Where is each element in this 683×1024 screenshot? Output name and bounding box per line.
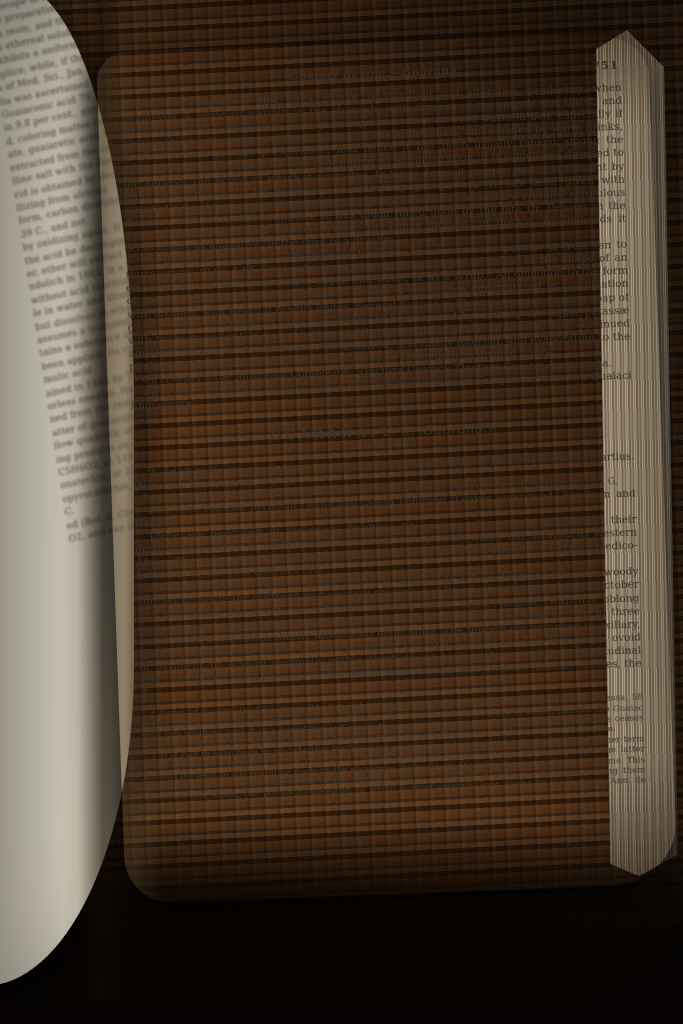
species-lead: P. Sorbilis.	[150, 581, 207, 595]
page-number: 751	[592, 58, 619, 73]
dose-body: The medicine is given in substance or ti…	[126, 239, 631, 373]
gen-ch-lead: Gen. Ch.	[147, 503, 196, 517]
recto-page: PART I. Guaiaci Resina.—Guarana. 751 Med…	[96, 33, 677, 904]
p-sorbilis-paragraph: P. Sorbilis. Martius, Reise in Brasil, v…	[137, 566, 643, 701]
guarana-heading-pharmacopeia: U. S.	[381, 424, 415, 440]
off-prep-lead: Off. Prep.	[142, 372, 194, 386]
guaiac-dose-paragraph: The medicine is given in substance or ti…	[125, 239, 631, 374]
footnote-block: * Syrup of Guaiac. Dr. T. C. Craig. (A. …	[141, 692, 646, 814]
guaiac-medical-properties-paragraph: Medical Properties and Uses. Guaiac is s…	[120, 82, 627, 257]
page-content: PART I. Guaiaci Resina.—Guarana. 751 Med…	[119, 58, 649, 881]
species-body: Martius, Reise in Brasil, vol. iii. p. 1…	[137, 566, 642, 700]
part-label: PART I.	[119, 78, 158, 89]
off-prep-br-lead: Off. Prep. Br.	[143, 384, 215, 398]
guarana-heading-alt: Guarana.†	[423, 422, 495, 439]
book-photo: m that of other classes in The following…	[0, 0, 683, 1024]
running-title: Guaiaci Resina.—Guarana.	[158, 59, 592, 88]
